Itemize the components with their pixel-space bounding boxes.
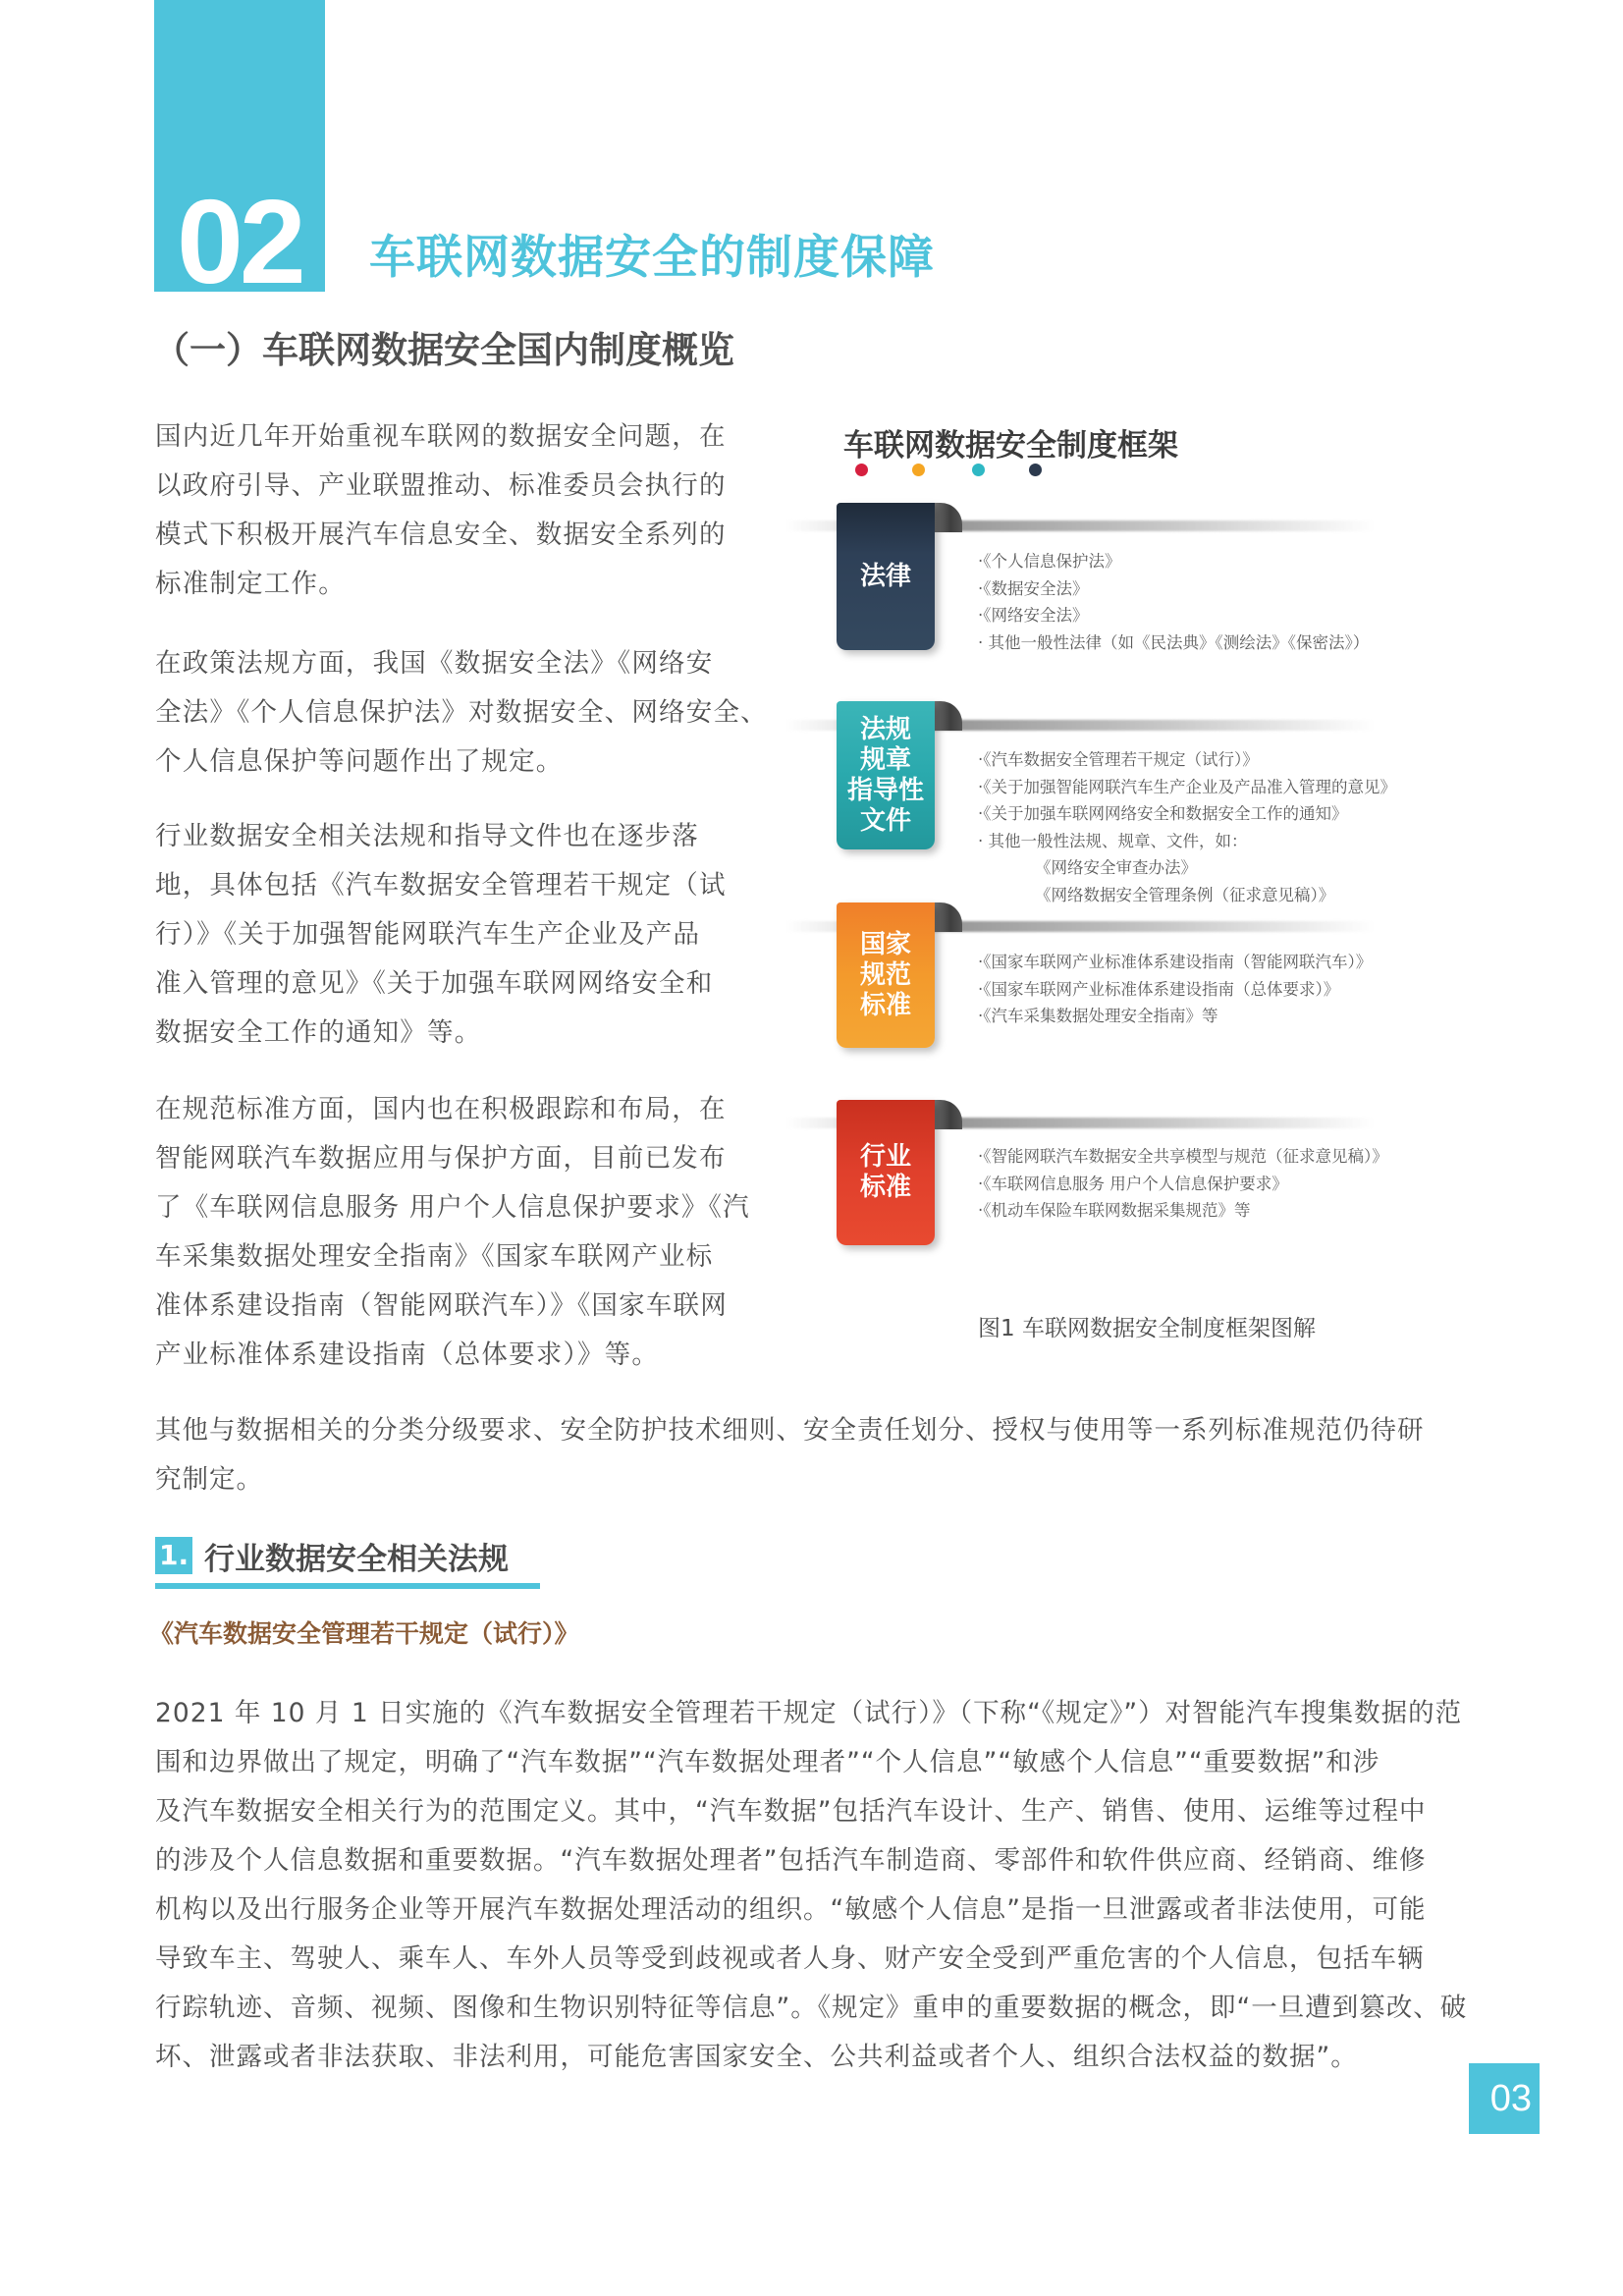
- paragraph-standards: 在规范标准方面，国内也在积极跟踪和布局，在 智能网联汽车数据应用与保护方面，目前…: [155, 1085, 756, 1380]
- tier-list-industry-standards: ·《智能网联汽车数据安全共享模型与规范（征求意见稿）》 ·《车联网信息服务 用户…: [978, 1143, 1388, 1225]
- list-sub-item: 《网络数据安全管理条例（征求意见稿）》: [978, 882, 1396, 909]
- text-line: 国内近几年开始重视车联网的数据安全问题，在: [155, 412, 756, 462]
- text-line: 在政策法规方面，我国《数据安全法》《网络安: [155, 639, 756, 688]
- paragraph-pending-standards: 其他与数据相关的分类分级要求、安全防护技术细则、安全责任划分、授权与使用等一系列…: [155, 1406, 1481, 1504]
- tier-list-regulations: ·《汽车数据安全管理若干规定（试行）》 ·《关于加强智能网联汽车生产企业及产品准…: [978, 746, 1396, 908]
- text-line: 其他与数据相关的分类分级要求、安全防护技术细则、安全责任划分、授权与使用等一系列…: [155, 1406, 1481, 1455]
- paragraph-policy: 在政策法规方面，我国《数据安全法》《网络安 全法》《个人信息保护法》对数据安全、…: [155, 639, 756, 787]
- regulation-heading: 《汽车数据安全管理若干规定（试行）》: [149, 1614, 579, 1650]
- text-line: 准体系建设指南（智能网联汽车）》《国家车联网: [155, 1282, 756, 1331]
- navy-dot-icon: [1029, 464, 1042, 476]
- text-line: 个人信息保护等问题作出了规定。: [155, 738, 756, 787]
- text-line: 智能网联汽车数据应用与保护方面，目前已发布: [155, 1134, 756, 1183]
- text-line: 模式下积极开展汽车信息安全、数据安全系列的: [155, 511, 756, 560]
- text-line: 以政府引导、产业联盟推动、标准委员会执行的: [155, 462, 756, 511]
- figure-caption: 图1 车联网数据安全制度框架图解: [978, 1310, 1316, 1342]
- tier-label-text: 行业 标准: [860, 1142, 911, 1203]
- list-item: ·《机动车保险车联网数据采集规范》等: [978, 1197, 1388, 1225]
- paragraph-intro: 国内近几年开始重视车联网的数据安全问题，在 以政府引导、产业联盟推动、标准委员会…: [155, 412, 756, 609]
- text-line: 究制定。: [155, 1455, 1481, 1504]
- text-line: 行）》《关于加强智能网联汽车生产企业及产品: [155, 910, 756, 959]
- list-item: ·《汽车采集数据处理安全指南》等: [978, 1003, 1372, 1030]
- list-sub-item: 《网络安全审查办法》: [978, 854, 1396, 882]
- red-dot-icon: [855, 464, 868, 476]
- list-item: ·《关于加强智能网联汽车生产企业及产品准入管理的意见》: [978, 774, 1396, 801]
- text-line: 2021 年 10 月 1 日实施的《汽车数据安全管理若干规定（试行）》（下称“…: [155, 1689, 1481, 1738]
- text-line: 行踪轨迹、音频、视频、图像和生物识别特征等信息”。《规定》重申的重要数据的概念，…: [155, 1984, 1481, 2033]
- text-line: 数据安全工作的通知》等。: [155, 1009, 756, 1058]
- tier-label-text: 国家 规范 标准: [860, 930, 911, 1021]
- subsection-underline: [155, 1583, 540, 1589]
- list-item: ·《数据安全法》: [978, 575, 1369, 603]
- tier-list-national-standards: ·《国家车联网产业标准体系建设指南（智能网联汽车）》 ·《国家车联网产业标准体系…: [978, 949, 1372, 1030]
- text-line: 准入管理的意见》《关于加强车联网网络安全和: [155, 959, 756, 1009]
- subsection-number: 1.: [155, 1537, 192, 1574]
- text-line: 导致车主、驾驶人、乘车人、车外人员等受到歧视或者人身、财产安全受到严重危害的个人…: [155, 1935, 1481, 1984]
- orange-dot-icon: [912, 464, 925, 476]
- chapter-title: 车联网数据安全的制度保障: [369, 232, 935, 285]
- text-line: 围和边界做出了规定，明确了“汽车数据”“汽车数据处理者”“个人信息”“敏感个人信…: [155, 1738, 1481, 1787]
- text-line: 在规范标准方面，国内也在积极跟踪和布局，在: [155, 1085, 756, 1134]
- teal-dot-icon: [972, 464, 985, 476]
- subsection-heading: 1. 行业数据安全相关法规: [155, 1534, 509, 1577]
- list-item: ·《车联网信息服务 用户个人信息保护要求》: [978, 1171, 1388, 1198]
- list-item: ·《国家车联网产业标准体系建设指南（智能网联汽车）》: [978, 949, 1372, 976]
- ribbon-curl: [933, 902, 962, 932]
- text-line: 行业数据安全相关法规和指导文件也在逐步落: [155, 812, 756, 861]
- ribbon-curl: [933, 503, 962, 532]
- text-line: 机构以及出行服务企业等开展汽车数据处理活动的组织。“敏感个人信息”是指一旦泄露或…: [155, 1886, 1481, 1935]
- list-item: ·《个人信息保护法》: [978, 548, 1369, 575]
- list-item: · 其他一般性法律（如《民法典》《测绘法》《保密法》）: [978, 629, 1369, 657]
- tier-label-national-standards: 国家 规范 标准: [837, 902, 935, 1048]
- tier-label-text: 法律: [860, 562, 911, 592]
- tier-list-law: ·《个人信息保护法》 ·《数据安全法》 ·《网络安全法》 · 其他一般性法律（如…: [978, 548, 1369, 656]
- text-line: 车采集数据处理安全指南》《国家车联网产业标: [155, 1232, 756, 1282]
- tier-label-industry-standards: 行业 标准: [837, 1100, 935, 1245]
- tier-label-regulations: 法规 规章 指导性 文件: [837, 701, 935, 849]
- list-item: ·《智能网联汽车数据安全共享模型与规范（征求意见稿）》: [978, 1143, 1388, 1171]
- paragraph-regulation-detail: 2021 年 10 月 1 日实施的《汽车数据安全管理若干规定（试行）》（下称“…: [155, 1689, 1481, 2082]
- text-line: 及汽车数据安全相关行为的范围定义。其中，“汽车数据”包括汽车设计、生产、销售、使…: [155, 1787, 1481, 1836]
- ribbon-curl: [933, 701, 962, 731]
- chapter-number: 02: [177, 183, 302, 301]
- text-line: 产业标准体系建设指南（总体要求）》等。: [155, 1331, 756, 1380]
- list-item: ·《国家车联网产业标准体系建设指南（总体要求）》: [978, 976, 1372, 1004]
- tier-label-text: 法规 规章 指导性 文件: [847, 715, 924, 837]
- ribbon-curl: [933, 1100, 962, 1129]
- text-line: 全法》《个人信息保护法》对数据安全、网络安全、: [155, 688, 756, 738]
- text-line: 地，具体包括《汽车数据安全管理若干规定（试: [155, 861, 756, 910]
- framework-title: 车联网数据安全制度框架: [843, 420, 1178, 465]
- list-item: ·《网络安全法》: [978, 602, 1369, 629]
- page-number: 03: [1469, 2063, 1540, 2134]
- tier-label-law: 法律: [837, 503, 935, 650]
- text-line: 了《车联网信息服务 用户个人信息保护要求》《汽: [155, 1183, 756, 1232]
- section-heading: （一）车联网数据安全国内制度概览: [153, 328, 734, 373]
- paragraph-industry: 行业数据安全相关法规和指导文件也在逐步落 地，具体包括《汽车数据安全管理若干规定…: [155, 812, 756, 1058]
- text-line: 标准制定工作。: [155, 560, 756, 609]
- list-item: ·《关于加强车联网网络安全和数据安全工作的通知》: [978, 800, 1396, 828]
- text-line: 坏、泄露或者非法获取、非法利用，可能危害国家安全、公共利益或者个人、组织合法权益…: [155, 2033, 1481, 2082]
- subsection-title: 行业数据安全相关法规: [204, 1534, 509, 1578]
- list-item: ·《汽车数据安全管理若干规定（试行）》: [978, 746, 1396, 774]
- list-item: · 其他一般性法规、规章、文件，如：: [978, 828, 1396, 855]
- text-line: 的涉及个人信息数据和重要数据。“汽车数据处理者”包括汽车制造商、零部件和软件供应…: [155, 1836, 1481, 1886]
